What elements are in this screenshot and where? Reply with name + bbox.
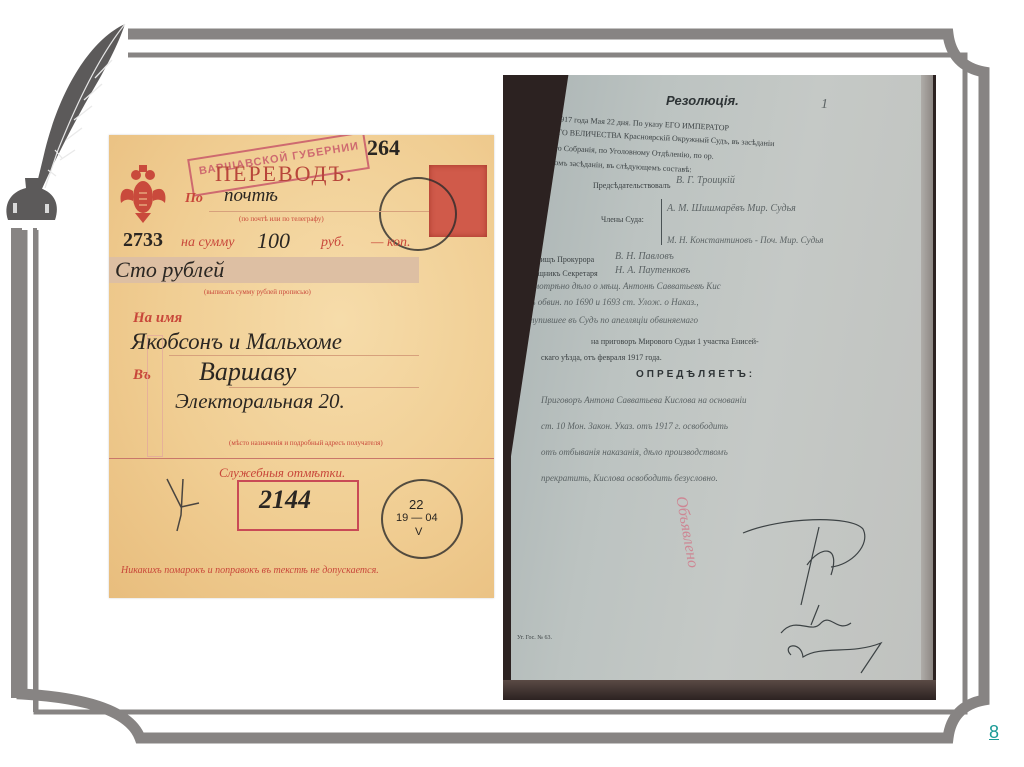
- chairman-label: Предсѣдательствовалъ: [593, 181, 670, 190]
- case-line-5: скаго уѣзда, отъ февраля 1917 года.: [541, 353, 662, 362]
- sum-label: на сумму: [181, 235, 235, 251]
- case-line-1: разсмотрѣно дѣло о мѣщ. Антонѣ Савватьев…: [517, 281, 721, 291]
- chairman-value: В. Г. Троицкій: [676, 175, 735, 186]
- decision-title: ОПРЕДѢЛЯЕТЪ:: [636, 369, 755, 380]
- members-label: Члены Суда:: [601, 215, 644, 224]
- footer-note: Никакихъ помарокъ и поправокъ въ текстѣ …: [121, 565, 379, 576]
- kop-label: — коп.: [371, 235, 410, 251]
- address-hint: (мѣсто назначенія и подробный адресъ пол…: [229, 439, 383, 447]
- sum-words: Сто рублей: [115, 257, 224, 283]
- by-hint: (по почтѣ или по телеграфу): [239, 215, 324, 223]
- decision-line-1: Приговоръ Антона Савватьева Кислова на о…: [541, 395, 746, 405]
- decision-line-2: ст. 10 Мон. Закон. Указ. отъ 1917 г. осв…: [541, 421, 728, 431]
- form-note: Уг. Гос. № 63.: [517, 635, 552, 641]
- by-label: По: [185, 191, 203, 207]
- by-value: почтѣ: [224, 185, 278, 207]
- court-resolution-document: Резолюція. 1 1917 года Мая 22 дня. По ук…: [503, 75, 936, 700]
- prosecutor-value: В. Н. Павловъ: [615, 251, 674, 262]
- order-number: 2733: [123, 229, 163, 252]
- quill-icon: [6, 24, 125, 220]
- case-line-3: поступившее въ Судъ по апелляціи обвиняе…: [515, 315, 698, 325]
- prosecutor-label: Товарищъ Прокурора: [521, 255, 594, 264]
- secretary-label: Помощникъ Секретаря: [519, 269, 598, 278]
- sum-words-hint: (выписать сумму рублей прописью): [204, 288, 311, 296]
- case-line-2: ловѣ обвин. по 1690 и 1693 ст. Улож. о Н…: [517, 297, 699, 307]
- service-label: Служебныя отмѣтки.: [219, 465, 345, 481]
- postmark-month: V: [415, 526, 422, 538]
- slide-page-number[interactable]: 8: [989, 722, 999, 743]
- member-2: М. Н. Константиновъ - Поч. Мир. Судья: [667, 235, 823, 245]
- sum-value: 100: [257, 228, 290, 254]
- vertical-side-stamp: [147, 335, 163, 457]
- signature-mark: [159, 475, 219, 535]
- money-order-document: ВАРШАВСКОЙ ГУБЕРНИИ 264 ПЕРЕВОДЪ. По поч…: [109, 135, 494, 598]
- money-order-title: ПЕРЕВОДЪ.: [215, 161, 354, 187]
- service-value: 2144: [259, 485, 311, 515]
- recipient-city: Варшаву: [199, 357, 296, 387]
- red-annotation: Объявлено: [671, 495, 701, 569]
- resolution-title: Резолюція.: [666, 93, 739, 108]
- member-1: А. М. Шишмарёвъ Мир. Судья: [667, 203, 796, 214]
- name-label: На имя: [133, 310, 182, 327]
- secretary-value: Н. А. Паутенковъ: [615, 265, 690, 276]
- decision-line-4: прекратить, Кислова освободить безусловн…: [541, 473, 718, 483]
- postmark-year: 19 — 04: [396, 512, 438, 524]
- case-line-4: на приговоръ Мирового Судьи 1 участка Ен…: [591, 337, 759, 346]
- decision-line-3: отъ отбыванія наказанія, дѣло производст…: [541, 447, 728, 457]
- eagle-emblem-icon: [117, 163, 169, 225]
- serial-number: 264: [367, 135, 400, 161]
- postmark-day: 22: [409, 497, 423, 512]
- recipient-address: Электоральная 20.: [175, 389, 345, 414]
- signatures: [741, 505, 891, 675]
- resolution-line-4: закрытомъ засѣданіи, въ слѣдующемъ соста…: [531, 157, 692, 174]
- rub-label: руб.: [321, 235, 345, 251]
- page-mark: 1: [821, 97, 828, 113]
